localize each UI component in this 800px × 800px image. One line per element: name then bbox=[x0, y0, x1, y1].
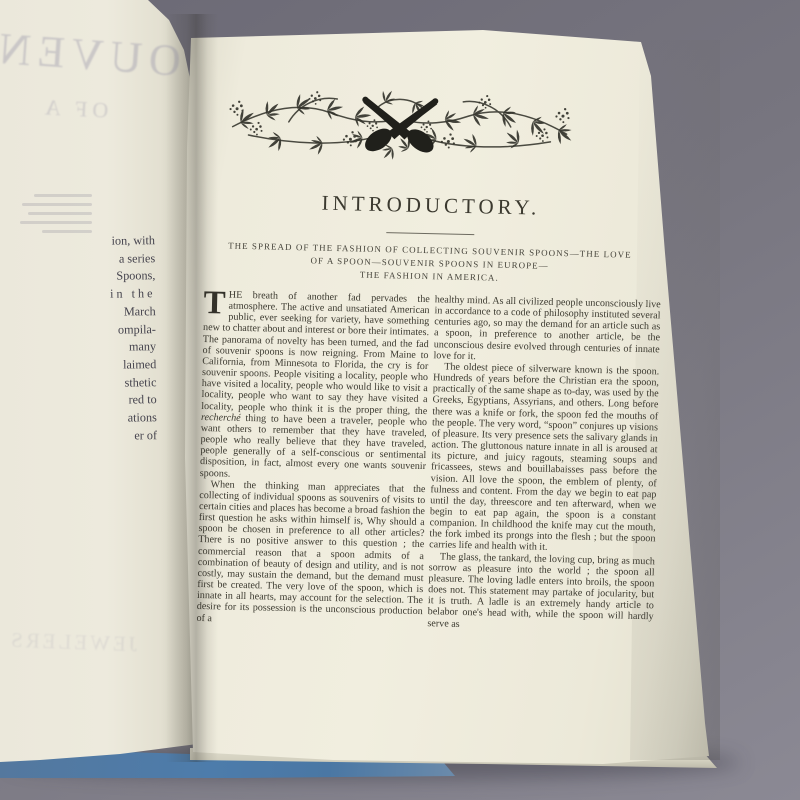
right-page: INTRODUCTORY. THE SPREAD OF THE FASHION … bbox=[183, 28, 719, 768]
text-fragment: many bbox=[0, 338, 156, 357]
text-fragment: a series bbox=[0, 250, 155, 269]
text-fragment: er of bbox=[1, 427, 157, 446]
text-fragment: Spoons, bbox=[0, 268, 155, 287]
floral-spoons-headpiece-illustration bbox=[226, 79, 574, 173]
text-fragment: ion, with bbox=[0, 232, 155, 251]
paragraph-1-text: HE breath of another fad pervades the at… bbox=[201, 290, 430, 417]
chapter-subtitle: THE SPREAD OF THE FASHION OF COLLECTING … bbox=[205, 239, 654, 288]
left-page: SOUVENIR OF A JEWELERS ion, with a serie… bbox=[0, 0, 206, 776]
paragraph-1: THE breath of another fad pervades the a… bbox=[200, 289, 430, 484]
showthrough-title-text: SOUVENIR bbox=[0, 18, 214, 88]
paragraph-4: The oldest piece of silverware known is … bbox=[429, 361, 659, 556]
text-fragment: ations bbox=[1, 409, 157, 428]
text-column-right: healthy mind. As all civilized people un… bbox=[427, 294, 661, 634]
paragraph-5: The glass, the tankard, the loving cup, … bbox=[427, 551, 655, 634]
text-fragment: laimed bbox=[0, 356, 156, 375]
right-page-content: INTRODUCTORY. THE SPREAD OF THE FASHION … bbox=[172, 28, 725, 780]
text-fragment: sthetic bbox=[0, 374, 156, 393]
chapter-title: INTRODUCTORY. bbox=[207, 188, 655, 223]
showthrough-smudge-lines bbox=[0, 188, 92, 239]
title-rule bbox=[386, 232, 474, 235]
text-fragment: ompila- bbox=[0, 321, 156, 340]
showthrough-subtitle-text: OF A bbox=[39, 94, 109, 124]
left-page-cutoff-text: ion, with a series Spoons, in the March … bbox=[0, 232, 161, 446]
text-fragment: in the bbox=[0, 285, 156, 304]
text-fragment: red to bbox=[1, 392, 157, 411]
italic-word: recherché bbox=[201, 412, 241, 424]
text-column-left: THE breath of another fad pervades the a… bbox=[196, 289, 430, 629]
paragraph-3: healthy mind. As all civilized people un… bbox=[433, 294, 660, 366]
drop-cap: T bbox=[203, 289, 229, 316]
paragraph-2: When the thinking man appreciates that t… bbox=[196, 479, 425, 629]
text-fragment: March bbox=[0, 303, 156, 322]
showthrough-jewelers-text: JEWELERS bbox=[8, 628, 138, 657]
